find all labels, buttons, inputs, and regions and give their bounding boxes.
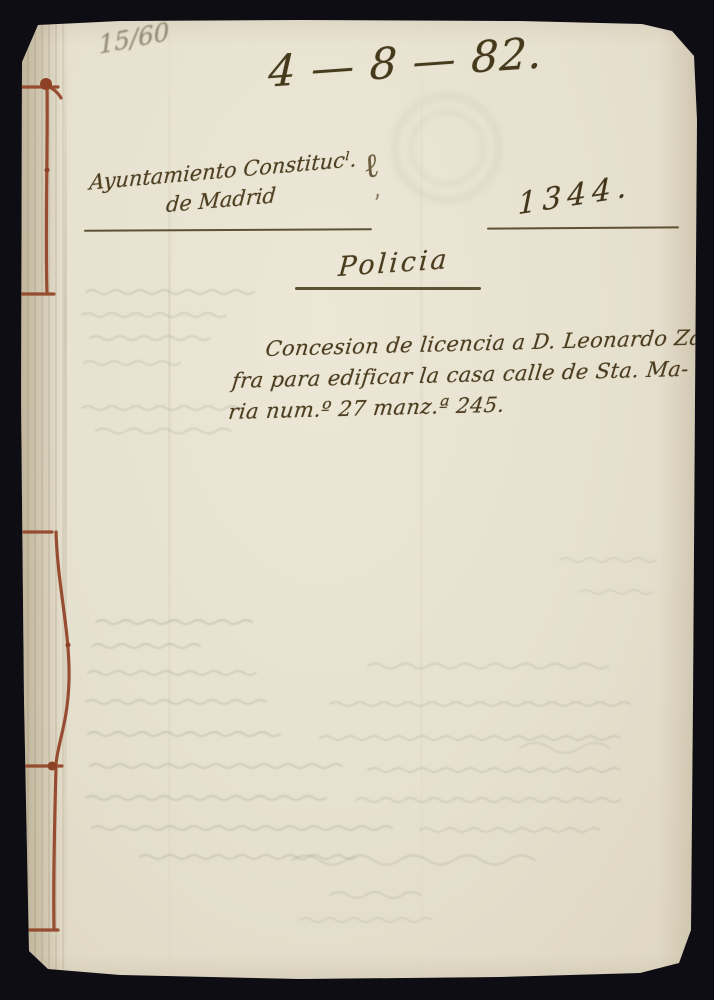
binding-thread [0, 0, 714, 1000]
photo-background: 15/60 4 — 8 — 82. Ayuntamiento Constituc… [0, 0, 714, 1000]
thread-knot [48, 762, 57, 771]
thread-knot [40, 78, 52, 90]
document-page: 15/60 4 — 8 — 82. Ayuntamiento Constituc… [0, 0, 714, 1000]
